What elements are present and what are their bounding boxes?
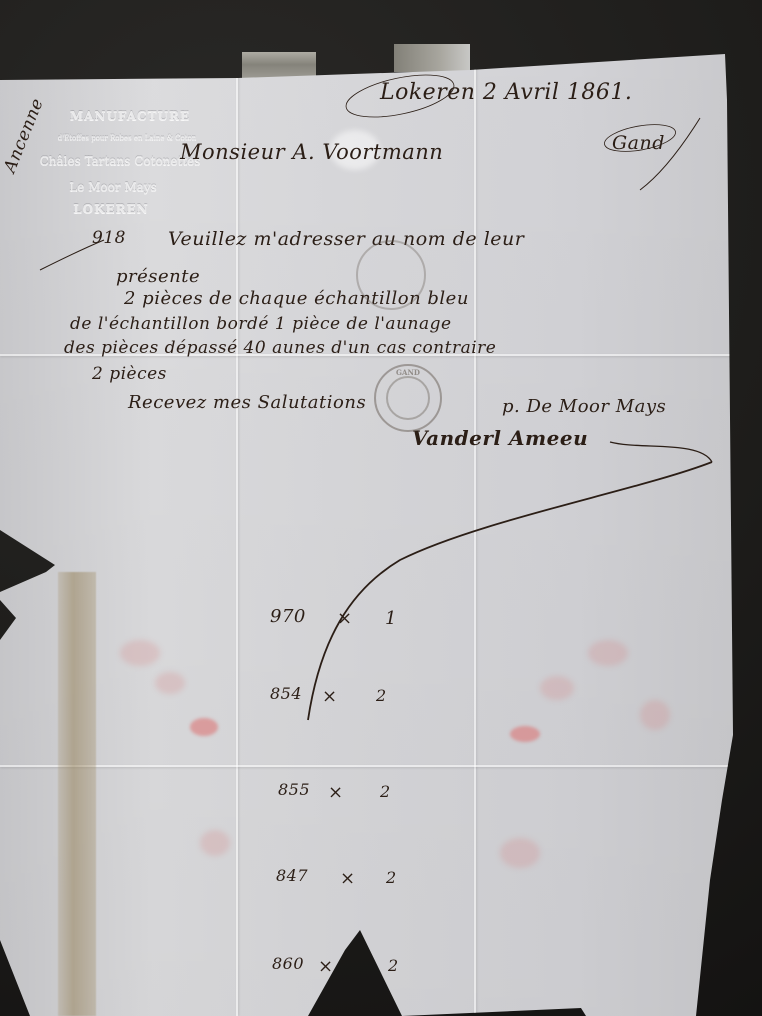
pen-flourishes [0, 0, 762, 1016]
letter-sheet: MANUFACTURE d'Etoffes pour Robes en Lain… [0, 0, 762, 1016]
mounting-tape-right [394, 44, 470, 72]
